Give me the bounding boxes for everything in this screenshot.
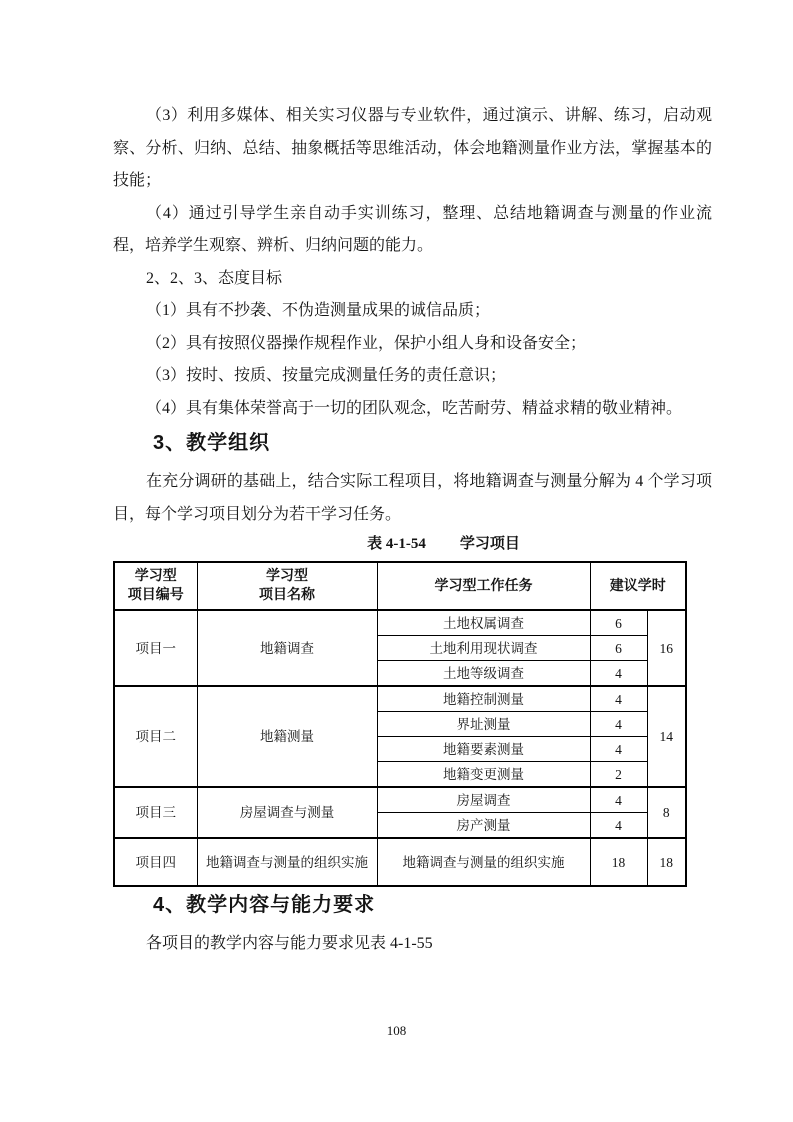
table-caption: 表 4-1-54学习项目	[144, 534, 743, 554]
cell-hours: 4	[590, 787, 647, 813]
header-project-id: 学习型 项目编号	[114, 562, 197, 610]
cell-hours: 6	[590, 636, 647, 661]
cell-total-hours: 14	[647, 686, 686, 787]
cell-task: 土地权属调查	[377, 610, 590, 636]
cell-task: 地籍控制测量	[377, 686, 590, 712]
cell-total-hours: 18	[647, 838, 686, 886]
cell-hours: 4	[590, 737, 647, 762]
cell-project-id: 项目三	[114, 787, 197, 838]
cell-task: 界址测量	[377, 712, 590, 737]
table-row: 项目三 房屋调查与测量 房屋调查 4 8	[114, 787, 686, 813]
paragraph-method-4: （4）通过引导学生亲自动手实训练习，整理、总结地籍调查与测量的作业流程，培养学生…	[113, 198, 712, 263]
cell-hours: 4	[590, 661, 647, 687]
cell-project-id: 项目四	[114, 838, 197, 886]
cell-hours: 4	[590, 813, 647, 839]
page-number: 108	[0, 1023, 793, 1039]
attitude-item-2: （2）具有按照仪器操作规程作业，保护小组人身和设备安全；	[113, 328, 712, 361]
cell-project-name: 地籍调查	[197, 610, 377, 686]
cell-task: 房产测量	[377, 813, 590, 839]
cell-hours: 6	[590, 610, 647, 636]
cell-task: 土地等级调查	[377, 661, 590, 687]
attitude-item-3: （3）按时、按质、按量完成测量任务的责任意识；	[113, 360, 712, 393]
cell-hours: 18	[590, 838, 647, 886]
cell-project-name: 地籍测量	[197, 686, 377, 787]
cell-hours: 2	[590, 762, 647, 788]
section-heading-teaching-organization: 3、教学组织	[153, 429, 712, 457]
cell-project-name: 地籍调查与测量的组织实施	[197, 838, 377, 886]
cell-project-name: 房屋调查与测量	[197, 787, 377, 838]
paragraph-method-3: （3）利用多媒体、相关实习仪器与专业软件，通过演示、讲解、练习，启动观察、分析、…	[113, 100, 712, 198]
cell-task: 土地利用现状调查	[377, 636, 590, 661]
table-caption-title: 学习项目	[460, 536, 520, 552]
cell-project-id: 项目一	[114, 610, 197, 686]
attitude-goal-heading: 2、2、3、态度目标	[113, 263, 712, 296]
table-header-row: 学习型 项目编号 学习型 项目名称 学习型工作任务 建议学时	[114, 562, 686, 610]
header-work-task: 学习型工作任务	[377, 562, 590, 610]
attitude-item-1: （1）具有不抄袭、不伪造测量成果的诚信品质；	[113, 295, 712, 328]
table-row: 项目四 地籍调查与测量的组织实施 地籍调查与测量的组织实施 18 18	[114, 838, 686, 886]
cell-total-hours: 16	[647, 610, 686, 686]
cell-task: 地籍要素测量	[377, 737, 590, 762]
cell-task: 地籍调查与测量的组织实施	[377, 838, 590, 886]
learning-projects-table: 学习型 项目编号 学习型 项目名称 学习型工作任务 建议学时 项目一 地籍调查 …	[113, 561, 687, 887]
attitude-item-4: （4）具有集体荣誉高于一切的团队观念，吃苦耐劳、精益求精的敬业精神。	[113, 393, 712, 426]
page-content: （3）利用多媒体、相关实习仪器与专业软件，通过演示、讲解、练习，启动观察、分析、…	[113, 100, 712, 961]
paragraph-teaching-content: 各项目的教学内容与能力要求见表 4-1-55	[113, 928, 712, 961]
table-row: 项目二 地籍测量 地籍控制测量 4 14	[114, 686, 686, 712]
table-row: 项目一 地籍调查 土地权属调查 6 16	[114, 610, 686, 636]
paragraph-teaching-organization: 在充分调研的基础上，结合实际工程项目，将地籍调查与测量分解为 4 个学习项目，每…	[113, 466, 712, 531]
cell-project-id: 项目二	[114, 686, 197, 787]
cell-hours: 4	[590, 686, 647, 712]
header-suggested-hours: 建议学时	[590, 562, 686, 610]
section-heading-teaching-content: 4、教学内容与能力要求	[153, 891, 712, 919]
cell-task: 地籍变更测量	[377, 762, 590, 788]
table-caption-label: 表 4-1-54	[367, 536, 426, 552]
header-project-name: 学习型 项目名称	[197, 562, 377, 610]
cell-total-hours: 8	[647, 787, 686, 838]
cell-hours: 4	[590, 712, 647, 737]
cell-task: 房屋调查	[377, 787, 590, 813]
document-page: （3）利用多媒体、相关实习仪器与专业软件，通过演示、讲解、练习，启动观察、分析、…	[0, 0, 793, 1122]
